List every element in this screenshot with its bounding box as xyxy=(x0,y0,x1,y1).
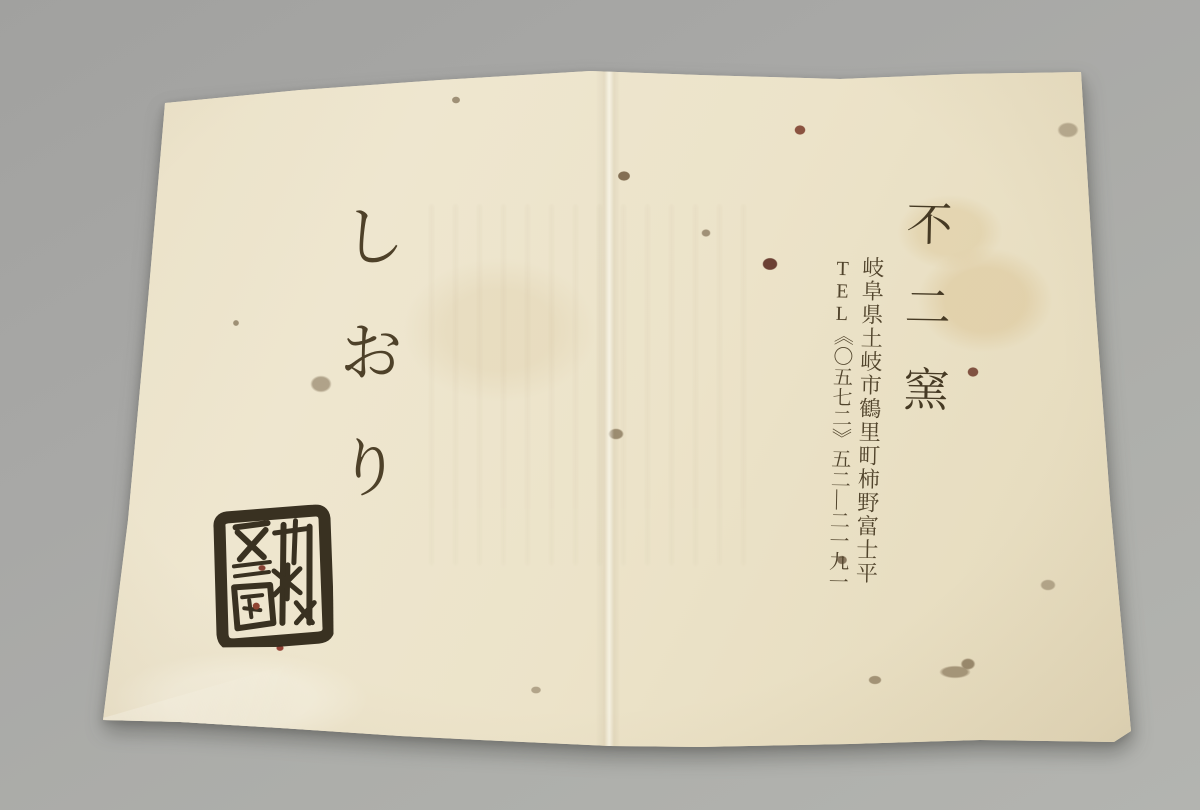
photo-scene: しおり 不二窯 岐阜県土岐市鶴里町柿野富士平 TEL《〇五七二》五二―二一九一 xyxy=(0,0,1200,810)
kiln-seal-stamp-icon xyxy=(210,504,333,647)
title-text-shiori: しおり xyxy=(313,201,415,549)
kiln-name-text: 不二窯 xyxy=(888,199,959,449)
washi-paper-leaflet: しおり 不二窯 岐阜県土岐市鶴里町柿野富士平 TEL《〇五七二》五二―二一九一 xyxy=(0,0,1200,810)
center-fold-crease xyxy=(596,60,620,760)
phone-number: 《〇五七二》五二―二一九一 xyxy=(825,325,853,592)
phone-prefix: TEL xyxy=(831,258,854,326)
paper-shadow: しおり 不二窯 岐阜県土岐市鶴里町柿野富士平 TEL《〇五七二》五二―二一九一 xyxy=(0,0,1200,810)
reverse-text-showthrough xyxy=(430,205,760,565)
